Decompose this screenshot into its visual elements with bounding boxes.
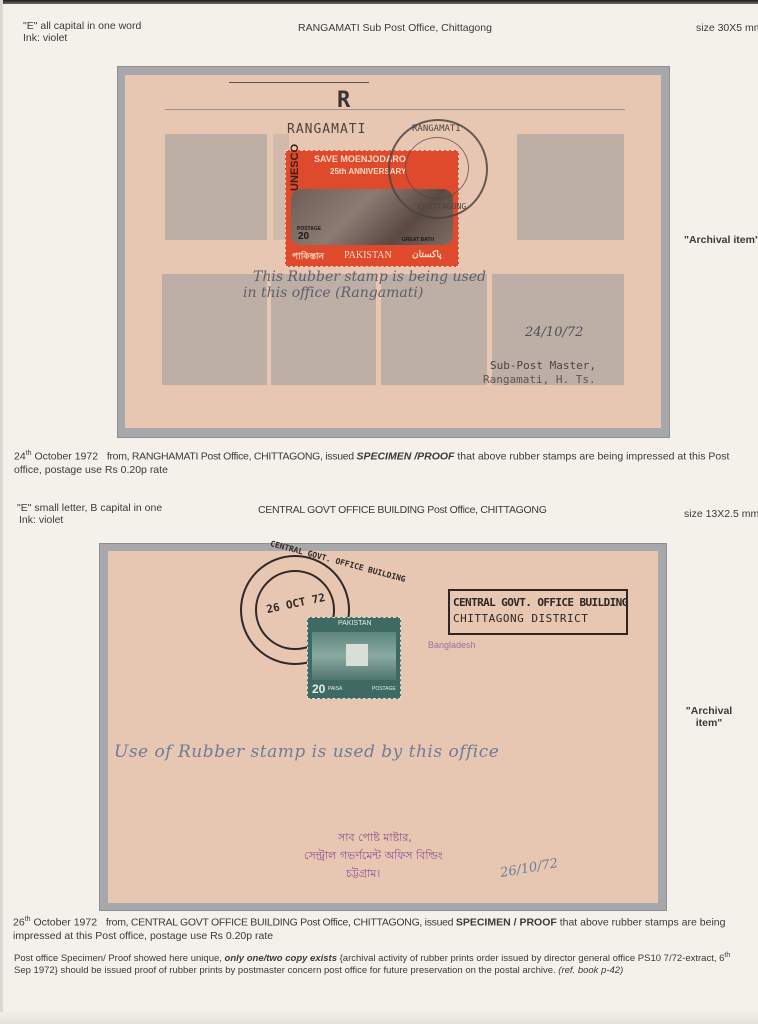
postmark-bottom-text: CHITTAGONG <box>418 202 466 211</box>
box-cancel-line1: CENTRAL GOVT. OFFICE BUILDING <box>453 596 628 609</box>
box-cancel-line2: CHITTAGONG DISTRICT <box>453 612 588 625</box>
caption-rest: that above rubber stamps are being <box>557 917 726 929</box>
stamp-bengali: পাকিস্তান <box>292 249 324 264</box>
footer-part2: {archival activity of rubber prints orde… <box>337 953 724 964</box>
stamp-postage: POSTAGE <box>372 686 396 692</box>
stamp-building <box>346 644 368 666</box>
section1-caption: 24th October 1972 from, RANGHAMATI Post … <box>14 447 758 477</box>
handstamp-line1: Sub-Post Master, <box>490 359 596 372</box>
archival-label-line2: item" <box>674 717 744 729</box>
caption-specimen: SPECIMEN /PROOF <box>356 451 454 463</box>
section2-card: 26 OCT 72 CENTRAL GOVT. OFFICE BUILDING … <box>108 551 658 903</box>
footer-sup: th <box>724 952 730 959</box>
section2-ink-note: Ink: violet <box>19 514 63 526</box>
caption-from: from, CENTRAL GOVT OFFICE BUILDING Post … <box>106 917 456 929</box>
page-top-edge <box>0 0 758 4</box>
section1-card: R RANGAMATI UNESCO SAVE MOENJODARO 25th … <box>125 75 661 428</box>
page-left-edge <box>0 0 3 1024</box>
handwritten-note: Use of Rubber stamp is used by this offi… <box>114 742 499 762</box>
bengali-handstamp-line1: সাব পোষ্ট মাষ্টার, <box>338 829 412 848</box>
caption-specimen: SPECIMEN / PROOF <box>456 917 557 929</box>
caption-date-day: 24 <box>14 451 26 463</box>
section2-archival-label: "Archival item" <box>674 705 744 729</box>
handstamp-line2: Rangamati, H. Ts. <box>483 373 596 386</box>
print-panel <box>517 134 624 240</box>
caption-date-day: 26 <box>13 917 25 929</box>
section2-size: size 13X2.5 mm <box>684 508 758 520</box>
bengali-handstamp-line2: সেন্ট্রাল গভর্ণমেন্ট অফিস বিল্ডিং <box>304 847 443 866</box>
print-panel <box>165 134 267 240</box>
stamp-caption: GREAT BATH <box>402 237 434 243</box>
section1-title: RANGAMATI Sub Post Office, Chittagong <box>298 22 492 34</box>
stamp-unesco-text: UNESCO <box>289 155 301 191</box>
section1-mount: R RANGAMATI UNESCO SAVE MOENJODARO 25th … <box>117 66 670 438</box>
circular-postmark-inner <box>405 137 469 199</box>
caption-line2: office, postage use Rs 0.20p rate <box>14 464 168 476</box>
bangladesh-overprint: Bangladesh <box>428 640 476 650</box>
footer-note: Post office Specimen/ Proof showed here … <box>14 950 758 977</box>
section2-note-line1: "E" small letter, B capital in one <box>17 502 162 514</box>
registration-mark: R <box>337 88 350 113</box>
handwritten-note-line2: in this office (Rangamati) <box>243 285 423 301</box>
footer-ref: (ref. book p-42) <box>558 965 623 976</box>
section1-note-line1: "E" all capital in one word <box>23 20 141 32</box>
stamp-value: 20 <box>312 682 325 696</box>
box-cancel: CENTRAL GOVT. OFFICE BUILDING CHITTAGONG… <box>448 589 628 635</box>
handwritten-note-line1: This Rubber stamp is being used <box>253 269 486 285</box>
stamp-country: PAKISTAN <box>338 620 372 627</box>
footer-line2: Sep 1972} should be issued proof of rubb… <box>14 965 558 976</box>
bengali-handstamp-line3: চট্টগ্রাম। <box>346 865 380 884</box>
section2-title: CENTRAL GOVT OFFICE BUILDING Post Office… <box>258 504 547 516</box>
signature-date: 24/10/72 <box>525 325 583 340</box>
signature-date: 26/10/72 <box>499 856 559 881</box>
caption-date: October 1972 <box>32 451 99 463</box>
stamp-value: 20 <box>298 231 309 242</box>
section2-mount: 26 OCT 72 CENTRAL GOVT. OFFICE BUILDING … <box>99 543 667 911</box>
section2-caption: 26th October 1972 from, CENTRAL GOVT OFF… <box>13 913 758 943</box>
grid-line <box>229 82 369 83</box>
postmark-top-text: RANGAMATI <box>412 124 461 134</box>
caption-date: October 1972 <box>31 917 98 929</box>
section1-ink-note: Ink: violet <box>23 32 67 44</box>
grid-line <box>165 109 625 110</box>
caption-from: from, RANGHAMATI Post Office, CHITTAGONG… <box>107 451 357 463</box>
section1-size: size 30X5 mm <box>696 22 758 34</box>
straightline-cancel: RANGAMATI <box>287 122 366 137</box>
footer-emphasis: only one/two copy exists <box>225 953 337 964</box>
stamp-paisa: PAISA <box>328 686 342 692</box>
caption-rest: that above rubber stamps are being impre… <box>454 451 729 463</box>
pakistan-20-paisa-stamp: PAKISTAN 20 PAISA POSTAGE <box>307 617 401 699</box>
caption-line2: impressed at this Post office, postage u… <box>13 930 273 942</box>
footer-part1: Post office Specimen/ Proof showed here … <box>14 953 225 964</box>
archival-label-line1: "Archival <box>674 705 744 717</box>
section1-archival-label: "Archival item" <box>684 234 758 246</box>
page-bottom-edge <box>0 1012 758 1024</box>
stamp-country: PAKISTAN <box>344 250 392 261</box>
stamp-urdu: پاکستان <box>412 249 442 260</box>
